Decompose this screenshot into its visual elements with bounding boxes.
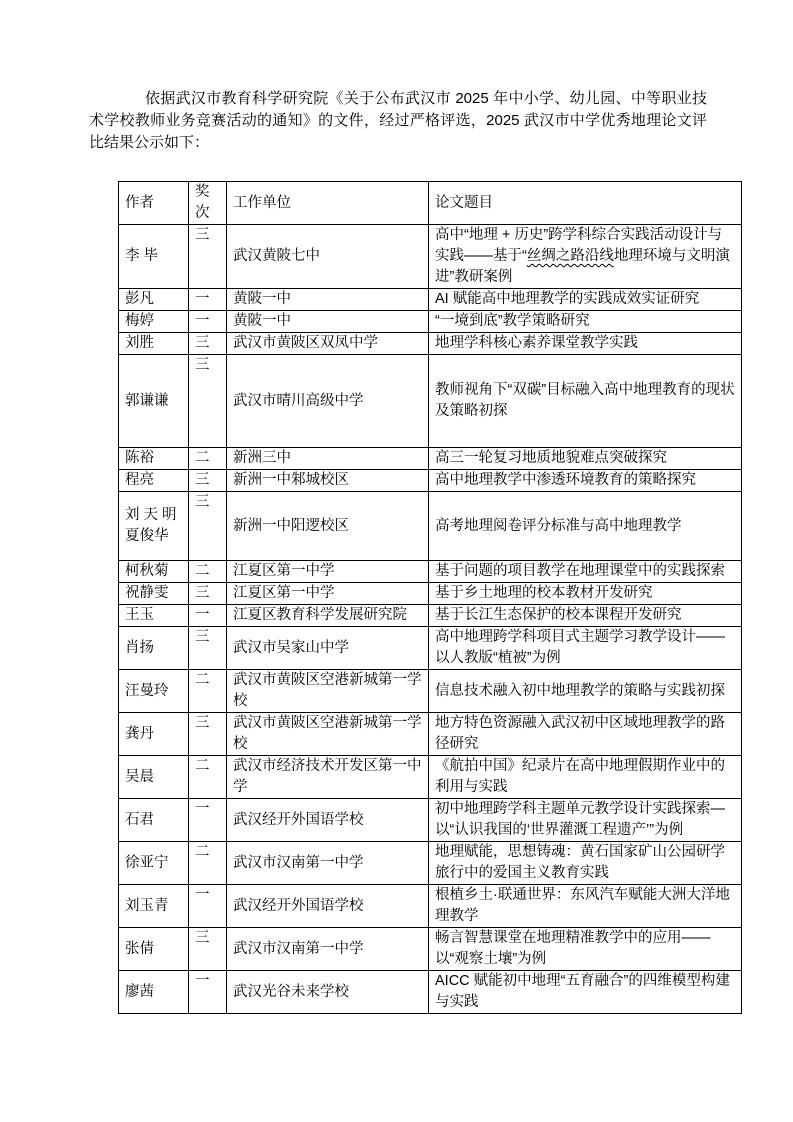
author-cell: 陈裕 bbox=[119, 448, 189, 470]
author-cell: 廖茜 bbox=[119, 971, 189, 1014]
author-cell: 梅婷 bbox=[119, 311, 189, 333]
table-row: 刘玉青一武汉经开外国语学校根植乡土·联通世界：东风汽车赋能大洲大洋地理教学 bbox=[119, 885, 742, 928]
title-cell: 根植乡土·联通世界：东风汽车赋能大洲大洋地理教学 bbox=[429, 885, 742, 928]
title-cell: 基于长江生态保护的校本课程开发研究 bbox=[429, 605, 742, 627]
award-cell: 三 bbox=[189, 583, 227, 605]
title-cell: 初中地理跨学科主题单元教学设计实践探索—以“认识我国的‘世界灌溉工程遗产’”为例 bbox=[429, 799, 742, 842]
intro-paragraph: 依据武汉市教育科学研究院《关于公布武汉市 2025 年中小学、幼儿园、中等职业技… bbox=[89, 88, 707, 154]
wavy-underline-text: 丝绸之路沿线 bbox=[527, 248, 614, 264]
author-cell: 刘 天 明 夏俊华 bbox=[119, 492, 189, 561]
unit-cell: 江夏区第一中学 bbox=[227, 561, 429, 583]
table-row: 吴晨二武汉市经济技术开发区第一中学《航拍中国》纪录片在高中地理假期作业中的利用与… bbox=[119, 756, 742, 799]
award-cell: 三 bbox=[189, 333, 227, 355]
table-row: 汪曼玲二武汉市黄陂区空港新城第一学校信息技术融入初中地理教学的策略与实践初探 bbox=[119, 670, 742, 713]
column-header-author: 作者 bbox=[119, 182, 189, 225]
author-cell: 王玉 bbox=[119, 605, 189, 627]
table-row: 廖茜一武汉光谷未来学校AICC 赋能初中地理“五育融合”的四维模型构建与实践 bbox=[119, 971, 742, 1014]
award-cell: 三 bbox=[189, 470, 227, 492]
table-row: 王玉一江夏区教育科学发展研究院基于长江生态保护的校本课程开发研究 bbox=[119, 605, 742, 627]
unit-cell: 武汉市黄陂区双凤中学 bbox=[227, 333, 429, 355]
author-cell: 龚丹 bbox=[119, 713, 189, 756]
table-row: 李 毕三武汉黄陂七中高中“地理 + 历史”跨学科综合实践活动设计与实践——基于“… bbox=[119, 225, 742, 289]
award-cell: 二 bbox=[189, 756, 227, 799]
title-cell: 《航拍中国》纪录片在高中地理假期作业中的利用与实践 bbox=[429, 756, 742, 799]
table-row: 龚丹三武汉市黄陂区空港新城第一学校地方特色资源融入武汉初中区域地理教学的路径研究 bbox=[119, 713, 742, 756]
table-row: 刘胜三武汉市黄陂区双凤中学地理学科核心素养课堂教学实践 bbox=[119, 333, 742, 355]
unit-cell: 武汉市黄陂区空港新城第一学校 bbox=[227, 713, 429, 756]
table-row: 祝静雯三江夏区第一中学基于乡土地理的校本教材开发研究 bbox=[119, 583, 742, 605]
table-row: 程亮三新洲一中邾城校区高中地理教学中渗透环境教育的策略探究 bbox=[119, 470, 742, 492]
title-cell: 地理学科核心素养课堂教学实践 bbox=[429, 333, 742, 355]
title-cell: AICC 赋能初中地理“五育融合”的四维模型构建与实践 bbox=[429, 971, 742, 1014]
award-cell: 三 bbox=[189, 492, 227, 561]
title-cell: 基于问题的项目教学在地理课堂中的实践探索 bbox=[429, 561, 742, 583]
table-row: 陈裕二新洲三中高三一轮复习地质地貌难点突破探究 bbox=[119, 448, 742, 470]
author-cell: 石君 bbox=[119, 799, 189, 842]
title-cell: 畅言智慧课堂在地理精准教学中的应用——以“观察土壤”为例 bbox=[429, 928, 742, 971]
column-header-award: 奖次 bbox=[189, 182, 227, 225]
unit-cell: 武汉经开外国语学校 bbox=[227, 799, 429, 842]
award-cell: 三 bbox=[189, 225, 227, 289]
author-cell: 肖扬 bbox=[119, 627, 189, 670]
unit-cell: 武汉经开外国语学校 bbox=[227, 885, 429, 928]
table-row: 郭谦谦三武汉市晴川高级中学教师视角下“双碳”目标融入高中地理教育的现状及策略初探 bbox=[119, 355, 742, 448]
unit-cell: 武汉市吴家山中学 bbox=[227, 627, 429, 670]
unit-cell: 武汉市汉南第一中学 bbox=[227, 928, 429, 971]
results-table: 作者 奖次 工作单位 论文题目 李 毕三武汉黄陂七中高中“地理 + 历史”跨学科… bbox=[118, 181, 742, 1014]
award-cell: 二 bbox=[189, 448, 227, 470]
award-cell: 一 bbox=[189, 311, 227, 333]
unit-cell: 武汉市经济技术开发区第一中学 bbox=[227, 756, 429, 799]
title-cell: AI 赋能高中地理教学的实践成效实证研究 bbox=[429, 289, 742, 311]
unit-cell: 新洲一中阳逻校区 bbox=[227, 492, 429, 561]
title-cell: 地理赋能，思想铸魂：黄石国家矿山公园研学旅行中的爱国主义教育实践 bbox=[429, 842, 742, 885]
document-page: 依据武汉市教育科学研究院《关于公布武汉市 2025 年中小学、幼儿园、中等职业技… bbox=[0, 0, 793, 1122]
author-cell: 吴晨 bbox=[119, 756, 189, 799]
unit-cell: 江夏区第一中学 bbox=[227, 583, 429, 605]
title-cell: 高中地理教学中渗透环境教育的策略探究 bbox=[429, 470, 742, 492]
table-row: 梅婷一黄陂一中“一境到底”教学策略研究 bbox=[119, 311, 742, 333]
author-cell: 张倩 bbox=[119, 928, 189, 971]
column-header-unit: 工作单位 bbox=[227, 182, 429, 225]
unit-cell: 武汉黄陂七中 bbox=[227, 225, 429, 289]
unit-cell: 新洲三中 bbox=[227, 448, 429, 470]
title-cell: 教师视角下“双碳”目标融入高中地理教育的现状及策略初探 bbox=[429, 355, 742, 448]
author-cell: 李 毕 bbox=[119, 225, 189, 289]
author-cell: 郭谦谦 bbox=[119, 355, 189, 448]
award-cell: 二 bbox=[189, 842, 227, 885]
title-cell: 高中地理跨学科项目式主题学习教学设计——以人教版“植被”为例 bbox=[429, 627, 742, 670]
table-row: 张倩三武汉市汉南第一中学畅言智慧课堂在地理精准教学中的应用——以“观察土壤”为例 bbox=[119, 928, 742, 971]
award-cell: 二 bbox=[189, 670, 227, 713]
table-row: 徐亚宁二武汉市汉南第一中学地理赋能，思想铸魂：黄石国家矿山公园研学旅行中的爱国主… bbox=[119, 842, 742, 885]
column-header-title: 论文题目 bbox=[429, 182, 742, 225]
author-cell: 汪曼玲 bbox=[119, 670, 189, 713]
award-cell: 二 bbox=[189, 561, 227, 583]
table-row: 刘 天 明 夏俊华三新洲一中阳逻校区高考地理阅卷评分标准与高中地理教学 bbox=[119, 492, 742, 561]
unit-cell: 武汉市晴川高级中学 bbox=[227, 355, 429, 448]
unit-cell: 武汉市黄陂区空港新城第一学校 bbox=[227, 670, 429, 713]
award-cell: 一 bbox=[189, 605, 227, 627]
table-body: 李 毕三武汉黄陂七中高中“地理 + 历史”跨学科综合实践活动设计与实践——基于“… bbox=[119, 225, 742, 1014]
award-cell: 三 bbox=[189, 627, 227, 670]
table-row: 石君一武汉经开外国语学校初中地理跨学科主题单元教学设计实践探索—以“认识我国的‘… bbox=[119, 799, 742, 842]
author-cell: 祝静雯 bbox=[119, 583, 189, 605]
table-row: 柯秋菊二江夏区第一中学基于问题的项目教学在地理课堂中的实践探索 bbox=[119, 561, 742, 583]
unit-cell: 新洲一中邾城校区 bbox=[227, 470, 429, 492]
award-cell: 一 bbox=[189, 289, 227, 311]
award-cell: 一 bbox=[189, 971, 227, 1014]
table-header-row: 作者 奖次 工作单位 论文题目 bbox=[119, 182, 742, 225]
author-cell: 刘玉青 bbox=[119, 885, 189, 928]
title-cell: 高中“地理 + 历史”跨学科综合实践活动设计与实践——基于“丝绸之路沿线地理环境… bbox=[429, 225, 742, 289]
author-cell: 徐亚宁 bbox=[119, 842, 189, 885]
title-cell: 高三一轮复习地质地貌难点突破探究 bbox=[429, 448, 742, 470]
table-row: 肖扬三武汉市吴家山中学高中地理跨学科项目式主题学习教学设计——以人教版“植被”为… bbox=[119, 627, 742, 670]
unit-cell: 江夏区教育科学发展研究院 bbox=[227, 605, 429, 627]
award-cell: 三 bbox=[189, 355, 227, 448]
title-cell: “一境到底”教学策略研究 bbox=[429, 311, 742, 333]
unit-cell: 黄陂一中 bbox=[227, 311, 429, 333]
author-cell: 程亮 bbox=[119, 470, 189, 492]
award-cell: 三 bbox=[189, 928, 227, 971]
award-cell: 三 bbox=[189, 713, 227, 756]
author-cell: 彭凡 bbox=[119, 289, 189, 311]
author-cell: 刘胜 bbox=[119, 333, 189, 355]
unit-cell: 武汉市汉南第一中学 bbox=[227, 842, 429, 885]
title-cell: 地方特色资源融入武汉初中区域地理教学的路径研究 bbox=[429, 713, 742, 756]
award-cell: 一 bbox=[189, 885, 227, 928]
title-cell: 信息技术融入初中地理教学的策略与实践初探 bbox=[429, 670, 742, 713]
award-cell: 一 bbox=[189, 799, 227, 842]
author-cell: 柯秋菊 bbox=[119, 561, 189, 583]
title-cell: 基于乡土地理的校本教材开发研究 bbox=[429, 583, 742, 605]
table-row: 彭凡一黄陂一中AI 赋能高中地理教学的实践成效实证研究 bbox=[119, 289, 742, 311]
title-cell: 高考地理阅卷评分标准与高中地理教学 bbox=[429, 492, 742, 561]
unit-cell: 黄陂一中 bbox=[227, 289, 429, 311]
unit-cell: 武汉光谷未来学校 bbox=[227, 971, 429, 1014]
